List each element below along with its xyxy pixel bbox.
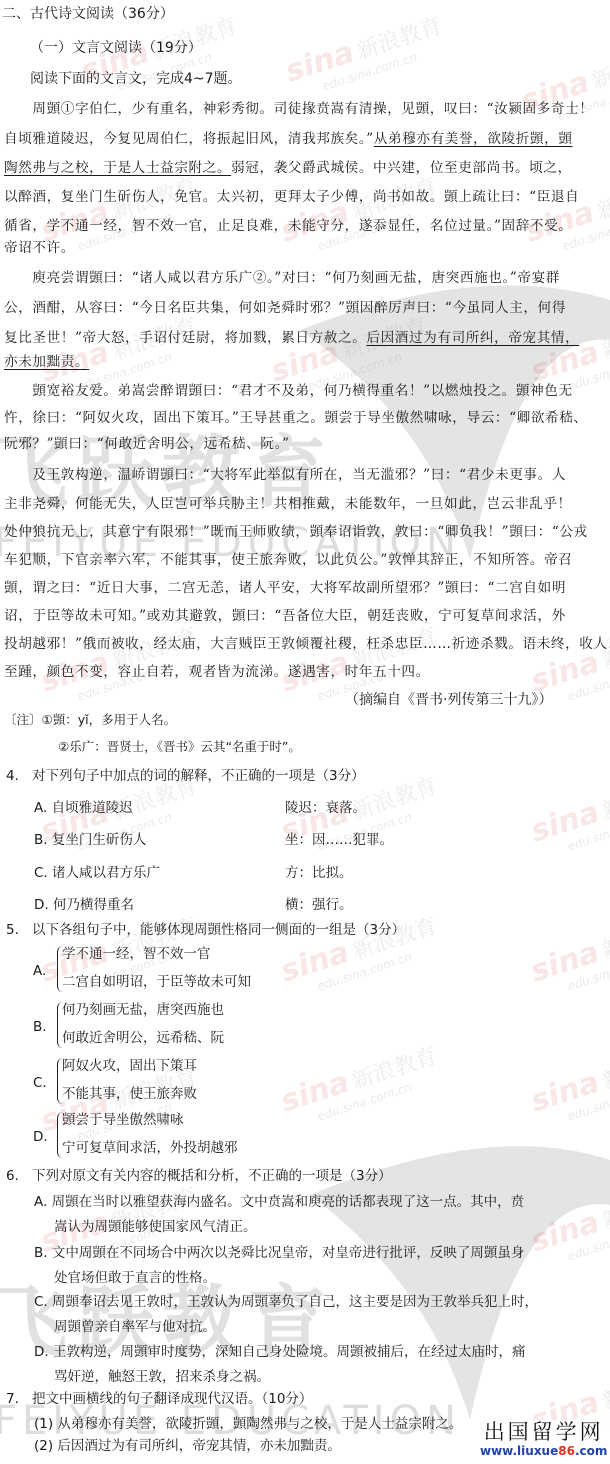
question-stem: 对下列句子中加点的词的解释，不正确的一项是（3分） (32, 766, 365, 786)
option-b-cont: 处官场但敢于直言的性格。 (54, 1268, 216, 1288)
site-logo-text: 出国留学网 (480, 1420, 607, 1444)
option-a-line-2: 二宫自如明诏，于臣等故未可知 (62, 972, 251, 992)
passage-line: 顗，谓之曰：“近日大事，二宫无恙，诸人平安，大将军故副所望邪？”顗曰：“二宫自如… (4, 578, 566, 598)
passage-line: 复比圣世！”帝大怒，手诏付廷尉，将加戮，累日方赦之。后因酒过为有司所纠，帝宠其情… (4, 328, 579, 348)
passage-line: 周顗①字伯仁，少有重名，神彩秀彻。司徒掾贲嵩有清操，见顗，叹曰：“汝颍固多奇士！ (4, 99, 594, 119)
option-c-line-2: 不能其事，使王旅奔败 (62, 1084, 197, 1104)
option-b-line-2: 何敢近舍明公，远希嵇、阮 (62, 1028, 224, 1048)
subsection-title: （一）文言文阅读（19分） (30, 38, 202, 58)
passage-line: 亦未加黜责。 (4, 352, 89, 372)
passage-line: 至踵，颜色不变，容止自若，观者皆为流涕。遂遇害，时年五十四。 (4, 662, 430, 682)
option-b[interactable]: B. 复坐门生斫伤人 (34, 830, 146, 850)
passage-line: 循省，学不通一经，智不效一官，止足良难，未能守分，遂忝显任，名位过量。”固辞不受… (4, 216, 573, 236)
underlined-sentence-1: 从弟穆亦有美誉，欲陵折顗，顗 (374, 131, 573, 147)
question-number: 4. (6, 766, 19, 786)
option-a-gloss: 陵迟：衰落。 (285, 798, 366, 818)
passage-line: 以醉酒，复坐门生斫伤人，免官。太兴初，更拜太子少傅，尚书如故。顗上疏让曰：“臣退… (4, 187, 579, 207)
option-c[interactable]: C. 诸人咸以君方乐广 (34, 863, 160, 883)
option-b[interactable]: B. 文中周顗在不同场合中两次以尧舜比况皇帝，对皇帝进行批评，反映了周顗虽身 (34, 1243, 524, 1263)
sina-watermark: sina新浪教育edu.sina.com.cn (526, 1176, 610, 1273)
underlined-sentence-1-cont: 陶然弗与之校，于是人士益宗附之。 (4, 160, 231, 176)
question-number: 7. (6, 1389, 19, 1409)
question-number: 6. (6, 1166, 19, 1186)
passage-line: 顗宽裕友爱。弟嵩尝醉谓顗曰：“君才不及弟，何乃横得重名！”以燃烛投之。顗神色无 (4, 381, 573, 401)
passage-line: 庾亮尝谓顗曰：“诸人咸以君方乐广②。”对曰：“何乃刻画无盐，唐突西施也。”帝宴群 (4, 268, 560, 288)
passage-line: 自顷雅道陵迟，今复见周伯仁，将振起旧风，清我邦族矣。”从弟穆亦有美誉，欲陵折顗，… (4, 129, 573, 149)
sina-watermark: sina新浪教育edu.sina.com.cn (526, 1036, 610, 1133)
option-d-gloss: 横：强行。 (285, 895, 353, 915)
option-b-label[interactable]: B. (33, 1017, 47, 1037)
sina-watermark: sina新浪教育edu.sina.com.cn (526, 906, 610, 1003)
site-logo-url: www.liuxue86.com (480, 1444, 607, 1458)
option-d[interactable]: D. 何乃横得重名 (34, 895, 134, 915)
option-d-line-1: 顗尝于导坐傲然啸咏 (62, 1110, 184, 1130)
sina-watermark: sina新浪教育edu.sina.com.cn (526, 766, 610, 863)
option-c-line-1: 阿奴火攻，固出下策耳 (62, 1056, 197, 1076)
sina-watermark: sina新浪教育edu.sina.com.cn (276, 166, 445, 263)
underlined-sentence-2-cont: 亦未加黜责。 (4, 354, 89, 370)
instruction: 阅读下面的文言文，完成4~7题。 (30, 69, 242, 89)
sina-watermark: sina新浪教育edu.sina.com.cn (281, 6, 450, 103)
passage-line: 阮邪？”顗曰：“何敢近舍明公，远希嵇、阮。” (4, 434, 290, 454)
passage-line: 忤，徐曰：“阿奴火攻，固出下策耳。”王导甚重之。顗尝于导坐傲然啸咏，导云：“卿欲… (4, 408, 588, 428)
note-1: 〔注〕①顗：yǐ，多用于人名。 (4, 710, 176, 730)
site-logo: 出国留学网 www.liuxue86.com (478, 1420, 609, 1458)
sina-watermark: sina新浪教育edu.sina.com.cn (276, 1036, 445, 1133)
option-c-gloss: 方：比拟。 (285, 863, 353, 883)
passage-line: 投胡越邪！”俄而被收，经太庙，大言贼臣王敦倾覆社稷，枉杀忠臣……祈迹杀戮。语未终… (4, 634, 610, 654)
option-a-line-1: 学不通一经，智不效一官 (62, 944, 211, 964)
question-stem: 以下各组句子中，能够体现周顗性格同一侧面的一组是（3分） (32, 920, 405, 940)
passage-line: 主非尧舜，何能无失，人臣岂可举兵胁主！共相推戴，未能数年，一旦如此，岂云非乱乎！ (4, 494, 572, 514)
option-a[interactable]: A. 周顗在当时以雅望获海内盛名。文中贲嵩和庾亮的话都表现了这一点。其中，贲 (34, 1192, 524, 1212)
passage-line: 帝诏不许。 (4, 238, 75, 258)
passage-line: 处仲狼抗无上，其意宁有限邪！”既而王师败绩，顗奉诏诣敦，敦曰：“卿负我！”顗曰：… (4, 522, 588, 542)
sina-watermark: sina新浪教育edu.sina.com.cn (521, 166, 610, 263)
option-c[interactable]: C. 周顗奉诏去见王敦时，王敦认为周顗辜负了自己，这主要是因为王敦举兵犯上时， (34, 1292, 538, 1312)
exam-page: 飞跃教育 FEIYUE EDUCATION 飞跃教育 FEIYUE EDUCAT… (0, 0, 610, 1464)
option-d-label[interactable]: D. (33, 1127, 48, 1147)
translation-item-2: (2) 后因酒过为有司所纠，帝宠其情，亦未加黜责。 (34, 1436, 341, 1456)
passage-line: 公，酒酣，从容曰：“今日名臣共集，何如尧舜时邪？”顗因醉厉声曰：“今虽同人主，何… (4, 298, 566, 318)
question-number: 5. (6, 920, 19, 940)
option-b-line-1: 何乃刻画无盐，唐突西施也 (62, 1000, 224, 1020)
question-stem: 把文中画横线的句子翻译成现代汉语。（10分） (32, 1389, 312, 1409)
section-title: 二、古代诗文阅读（36分） (2, 4, 174, 24)
option-b-gloss: 坐：因……犯罪。 (285, 830, 393, 850)
question-stem: 下列对原文有关内容的概括和分析，不正确的一项是（3分） (32, 1166, 392, 1186)
passage-line: 诏，于臣等故未可知。”或劝其避敦，顗曰：“吾备位大臣，朝廷丧败，宁可复草间求活，… (4, 606, 566, 626)
option-c-label[interactable]: C. (33, 1073, 47, 1093)
note-2: ②乐广：晋贤士，《晋书》云其“名重于时”。 (58, 737, 301, 757)
underlined-sentence-2: 后因酒过为有司所纠，帝宠其情， (366, 330, 579, 346)
option-a-label[interactable]: A. (33, 961, 46, 981)
translation-item-1: (1) 从弟穆亦有美誉，欲陵折顗，顗陶然弗与之校，于是人士益宗附之。 (34, 1414, 462, 1434)
option-a-cont: 嵩认为周顗能够使国家风气清正。 (54, 1217, 257, 1237)
option-d-cont: 骂奸逆，触怒王敦，招来杀身之祸。 (54, 1367, 270, 1387)
option-c-cont: 周顗曾亲自率军与他对抗。 (54, 1317, 216, 1337)
option-a[interactable]: A. 自顷雅道陵迟 (34, 798, 133, 818)
passage-source: （摘编自《晋书·列传第三十九》） (345, 690, 552, 710)
passage-line: 车犯顺，下官亲率六军，不能其事，使王旅奔败，以此负公。”敦惮其辞正，不知所答。帝… (4, 550, 573, 570)
option-d[interactable]: D. 王敦构逆，周顗审时度势，深知自己身处险境。周顗被捕后，在经过太庙时，痛 (34, 1342, 525, 1362)
passage-line: 及王敦构逆，温峤谓顗曰：“大将军此举似有所在，当无滥邪？”曰：“君少未更事。人 (4, 465, 566, 485)
option-d-line-2: 宁可复草间求活，外投胡越邪 (62, 1138, 238, 1158)
passage-line: 陶然弗与之校，于是人士益宗附之。弱冠，袭父爵武城侯。中兴建，位至吏部尚书。顷之， (4, 158, 572, 178)
